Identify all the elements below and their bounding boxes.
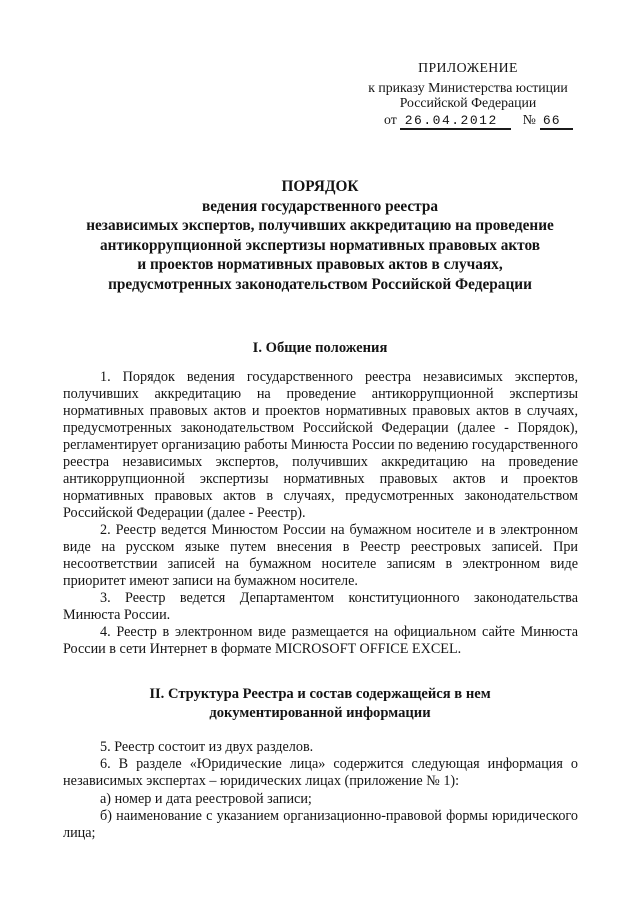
paragraph-6b: б) наименование с указанием организацион…	[63, 808, 578, 842]
paragraph-5: 5. Реестр состоит из двух разделов.	[63, 739, 578, 756]
date-label: от	[384, 112, 397, 127]
paragraph-6a: а) номер и дата реестровой записи;	[63, 791, 578, 808]
title-line-5: и проектов нормативных правовых актов в …	[62, 255, 578, 275]
order-reference-line-2: Российской Федерации	[353, 95, 583, 110]
appendix-block: ПРИЛОЖЕНИЕ к приказу Министерства юстици…	[353, 60, 583, 130]
section-1-heading: I. Общие положения	[62, 340, 578, 357]
section-2-heading-line-1: II. Структура Реестра и состав содержаще…	[62, 685, 578, 704]
paragraph-6: 6. В разделе «Юридические лица» содержит…	[63, 756, 578, 790]
title-line-1: ПОРЯДОК	[62, 177, 578, 197]
number-label: №	[523, 112, 536, 127]
document-title: ПОРЯДОК ведения государственного реестра…	[62, 177, 578, 295]
document-page: ПРИЛОЖЕНИЕ к приказу Министерства юстици…	[0, 0, 640, 905]
title-line-4: антикоррупционной экспертизы нормативных…	[62, 236, 578, 256]
section-2-heading: II. Структура Реестра и состав содержаще…	[62, 685, 578, 723]
title-line-2: ведения государственного реестра	[62, 197, 578, 217]
section-2-body: 5. Реестр состоит из двух разделов. 6. В…	[63, 739, 578, 842]
order-reference-line-1: к приказу Министерства юстиции	[353, 80, 583, 95]
section-2-heading-line-2: документированной информации	[62, 704, 578, 723]
title-line-3: независимых экспертов, получивших аккред…	[62, 216, 578, 236]
title-line-6: предусмотренных законодательством Россий…	[62, 275, 578, 295]
paragraph-3: 3. Реестр ведется Департаментом конститу…	[63, 590, 578, 624]
paragraph-4: 4. Реестр в электронном виде размещается…	[63, 624, 578, 658]
date-number-line: от26.04.2012№66	[353, 112, 583, 130]
footer-smudge	[63, 898, 578, 905]
paragraph-1: 1. Порядок ведения государственного реес…	[63, 369, 578, 522]
number-value: 66	[540, 114, 573, 130]
section-1-body: 1. Порядок ведения государственного реес…	[63, 369, 578, 658]
date-value: 26.04.2012	[400, 114, 511, 130]
appendix-label: ПРИЛОЖЕНИЕ	[353, 60, 583, 75]
paragraph-2: 2. Реестр ведется Минюстом России на бум…	[63, 522, 578, 590]
